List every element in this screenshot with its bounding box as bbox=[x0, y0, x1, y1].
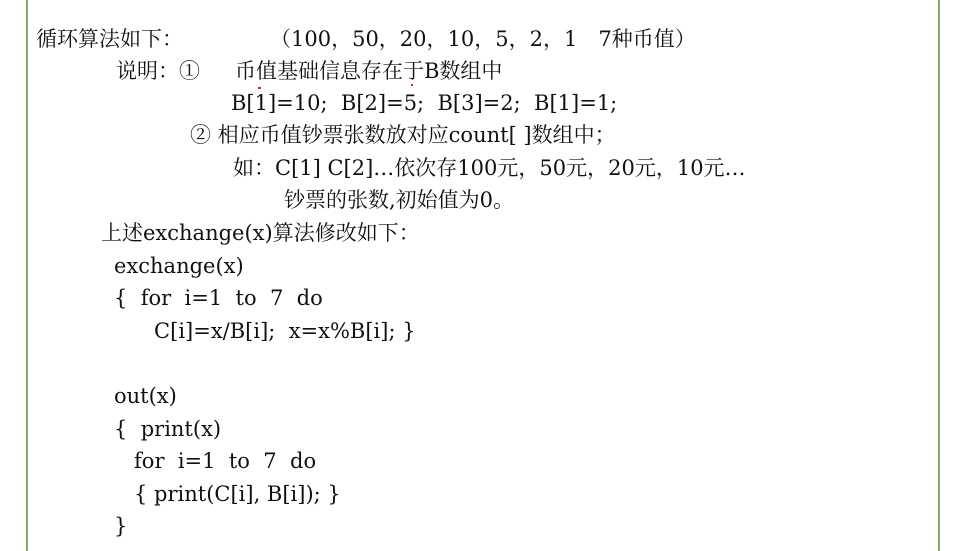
code-line: } bbox=[114, 512, 127, 540]
code-line: for i=1 to 7 do bbox=[114, 447, 316, 475]
heading-note: （100，50，20，10，5，2，1 7种币值） bbox=[270, 25, 696, 53]
code-line: out(x) bbox=[114, 382, 177, 410]
code-line: { print(x) bbox=[114, 415, 221, 443]
heading: 循环算法如下： bbox=[36, 25, 183, 53]
left-border-line bbox=[26, 0, 28, 551]
point-2-example: 如：C[1] C[2]…依次存100元，50元，20元，10元… bbox=[233, 154, 746, 182]
point-2-continued: 钞票的张数,初始值为0。 bbox=[284, 186, 514, 214]
code-line: { for i=1 to 7 do bbox=[114, 284, 323, 312]
code-line: { print(C[i], B[i]); } bbox=[114, 480, 341, 508]
code-line: C[i]=x/B[i]; x=x%B[i]; } bbox=[114, 317, 416, 345]
point-2: ② 相应币值钞票张数放对应count[ ]数组中； bbox=[190, 121, 616, 149]
code-line: exchange(x) bbox=[114, 252, 244, 280]
point-1-values: B[1]=10; B[2]=5; B[3]=2; B[1]=1; bbox=[231, 89, 617, 117]
explain-label: 说明：① bbox=[116, 57, 200, 85]
red-annotation-dot bbox=[411, 84, 413, 86]
right-border-line bbox=[938, 0, 940, 551]
red-annotation-mark bbox=[258, 87, 261, 89]
point-1: 币值基础信息存在于B数组中 bbox=[235, 57, 502, 85]
modified-heading: 上述exchange(x)算法修改如下： bbox=[101, 219, 420, 247]
